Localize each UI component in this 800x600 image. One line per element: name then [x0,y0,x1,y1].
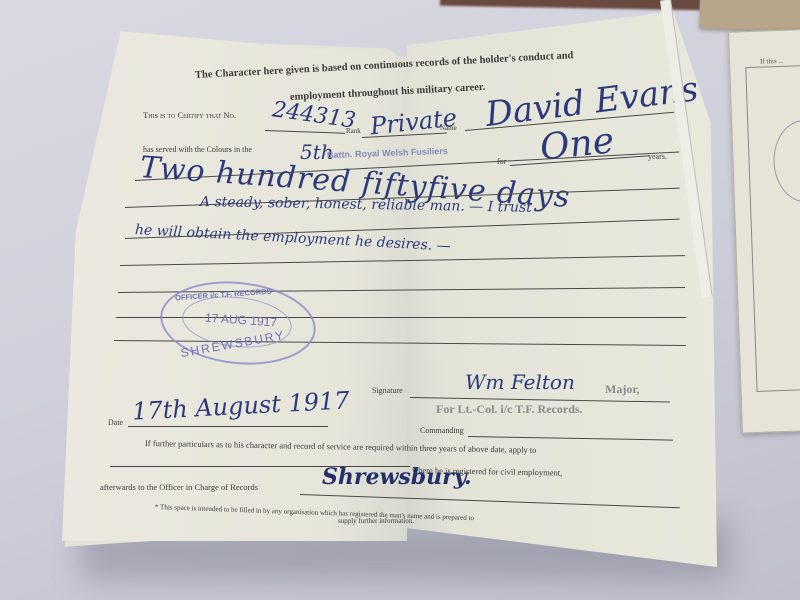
background-doc-frame [745,64,800,392]
signature-label: Signature [372,386,403,395]
date-line [128,426,328,427]
date-label: Date [108,418,123,427]
records-location: Shrewsbury. [322,464,472,490]
background-doc-header: If this ... [760,57,784,66]
commanding-label: Commanding [420,426,464,435]
name-label: Name [440,124,457,132]
rank-label: Rank [346,127,361,135]
background-card-top-right [699,0,800,32]
signature-value: Wm Felton [465,370,575,394]
footnote-line-2: supply further information. [338,517,414,525]
years-value: One [538,120,616,169]
afterwards-label: afterwards to the Officer in Charge of R… [100,482,258,492]
signature-rank: Major, [605,382,640,397]
certify-label: This is to Certify that No. [143,110,236,120]
background-document-right: If this ... [728,29,800,434]
signature-role: For Lt.-Col. i/c T.F. Records. [436,402,583,417]
